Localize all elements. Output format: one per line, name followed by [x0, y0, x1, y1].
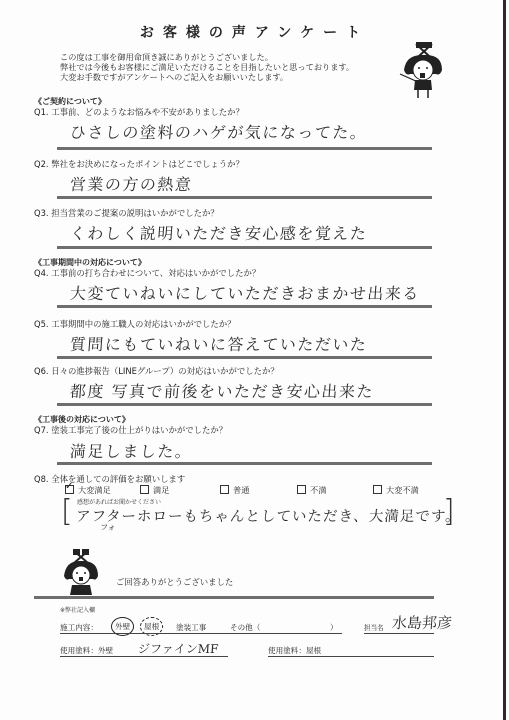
- option-satisfied[interactable]: 満足: [140, 485, 169, 496]
- work-item-label: 外壁: [115, 622, 130, 631]
- answer-3-rule: [57, 246, 432, 249]
- work-label: 施工内容：: [60, 622, 98, 633]
- answer-2-rule: [57, 196, 432, 199]
- work-item-painting: 塗装工事: [176, 622, 206, 633]
- bracket-open-icon: [: [61, 494, 73, 529]
- question-3: Q3. 担当営業のご提案の説明はいかがでしたか？: [34, 207, 219, 219]
- answer-6-rule: [57, 403, 432, 406]
- footer-rule: [34, 596, 434, 599]
- work-item-label: 屋根: [144, 622, 159, 631]
- option-label: 満足: [153, 485, 169, 495]
- answer-3[interactable]: くわしく説明いただき安心感を覚えた: [69, 221, 368, 244]
- answer-5[interactable]: 質問にもていねいに答えていただいた: [69, 332, 368, 355]
- checkbox-icon[interactable]: [297, 485, 306, 494]
- question-8: Q8. 全体を通しての評価をお願いします: [34, 473, 185, 485]
- checkbox-icon[interactable]: [220, 485, 229, 494]
- thanks-message: ご回答ありがとうございました: [116, 576, 233, 588]
- comment-correction: フォ: [100, 522, 116, 533]
- answer-1[interactable]: ひさしの塗料のハゲが気になってた。: [69, 120, 368, 143]
- question-2: Q2. 弊社をお決めになったポイントはどこでしょうか？: [34, 158, 244, 170]
- checkbox-checked-icon[interactable]: [65, 485, 74, 494]
- mascot-illustration-icon: [396, 40, 446, 102]
- work-other-label: その他（: [230, 622, 260, 633]
- option-dissatisfied[interactable]: 不満: [297, 485, 326, 496]
- option-very-dissatisfied[interactable]: 大変不満: [373, 485, 419, 496]
- question-1: Q1. 工事前、どのようなお悩みや不安がありましたか？: [34, 106, 244, 118]
- page-title: お客様の声アンケート: [0, 22, 509, 42]
- option-label: 普通: [233, 485, 249, 495]
- paint-roof-label: 使用塗料：屋根: [268, 645, 321, 656]
- paint-wall-value[interactable]: ジファインMF: [137, 640, 219, 657]
- answer-7[interactable]: 満足しました。: [69, 439, 193, 462]
- intro-line-2: 弊社では今後もお客様にご満足いただけることを目指したいと思っております。: [60, 62, 354, 72]
- option-label: 大変満足: [78, 485, 111, 495]
- paint-wall-underline: [60, 656, 228, 657]
- office-use-label: ※弊社記入欄: [60, 605, 95, 614]
- answer-5-rule: [57, 356, 432, 359]
- comment-answer[interactable]: アフターホローもちゃんとしていただき、大満足です。: [75, 505, 461, 526]
- question-4: Q4. 工事前の打ち合わせについて、対応はいかがでしたか？: [34, 267, 260, 279]
- paint-wall-label: 使用塗料：外壁: [60, 645, 113, 656]
- answer-2[interactable]: 営業の方の熱意: [69, 172, 193, 195]
- checkbox-icon[interactable]: [373, 485, 382, 494]
- answer-4[interactable]: 大変ていねいにしていただきおまかせ出来る: [69, 281, 421, 304]
- mascot-bottom-icon: [60, 548, 104, 596]
- answer-1-rule: [57, 147, 432, 150]
- answer-6[interactable]: 都度 写真で前後をいただき安心出来た: [69, 379, 375, 402]
- intro-line-1: この度は工事を御用命頂き誠にありがとうございました。: [60, 52, 273, 62]
- page-edge: [503, 0, 506, 720]
- paint-roof-underline: [268, 656, 434, 657]
- intro-line-3: 大変お手数ですがアンケートへのご記入をお願いいたします。: [60, 72, 288, 82]
- answer-7-rule: [57, 462, 432, 465]
- option-neutral[interactable]: 普通: [220, 485, 249, 496]
- work-other-close: ）: [330, 622, 338, 633]
- question-5: Q5. 工事期間中の施工職人の対応はいかがでしたか？: [34, 318, 236, 330]
- rep-underline: [364, 633, 434, 634]
- rep-name[interactable]: 水島邦彦: [391, 612, 452, 633]
- work-underline: [60, 633, 342, 634]
- question-7: Q7. 塗装工事完了後の仕上がりはいかがでしたか？: [34, 424, 227, 436]
- option-label: 大変不満: [386, 485, 419, 495]
- checkbox-icon[interactable]: [140, 485, 149, 494]
- rep-label: 担当名: [364, 622, 384, 632]
- option-label: 不満: [310, 485, 326, 495]
- question-6: Q6. 日々の進捗報告（LINEグループ）の対応はいかがでしたか？: [34, 365, 279, 377]
- answer-4-rule: [57, 305, 432, 308]
